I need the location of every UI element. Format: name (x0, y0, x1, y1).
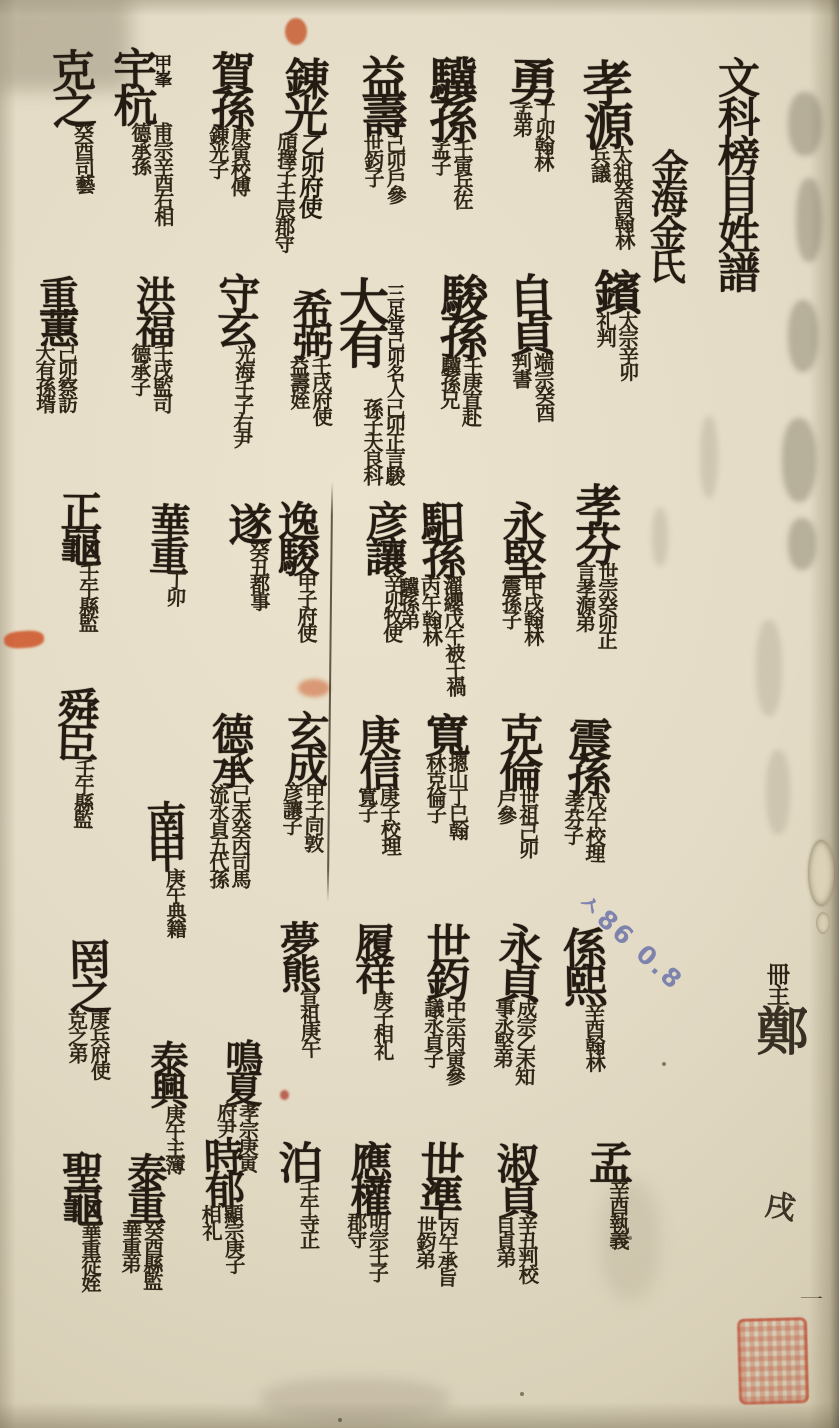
genealogy-entry: 自貞 端宗癸酉判書 (504, 271, 555, 420)
orange-seal-dot (285, 18, 307, 45)
gutter-ownership-note: 冊主鄭 (750, 962, 802, 1050)
entry-annotation: 辛酉執義 (606, 1179, 628, 1247)
entry-name: 孝芬 (571, 482, 618, 560)
entry-annotation-line: 兵議 (588, 146, 611, 249)
entry-annotation: 癸丑都事 (246, 541, 269, 609)
paper-stain (260, 1378, 450, 1420)
genealogy-entry: 德承 己未癸丙司馬流永貞五代孫 (206, 712, 250, 886)
genealogy-entry: 正龜 壬午縣監 (55, 490, 98, 630)
genealogy-entry: 鑌 太宗辛卯礼判 (588, 268, 637, 379)
ink-speck (338, 1418, 342, 1422)
entry-name-row: 係熙 (557, 926, 603, 1001)
entry-name: 大有 (335, 276, 385, 362)
entry-annotation-line: 庚寅校傅 (228, 126, 249, 194)
entry-name: 應權 (346, 1140, 389, 1210)
entry-name: 永貞 (492, 921, 538, 996)
entry-name-row: 鑌 (588, 268, 636, 310)
entry-annotation-line: 德承孫 (129, 122, 150, 224)
entry-name: 玄成 (282, 710, 325, 781)
entry-annotation-line: 甫宗辛酉右相 (151, 122, 172, 224)
genealogy-entry: 孝源 太祖癸酉翰林兵議 (578, 57, 634, 248)
entry-annotation-line: 癸丑都事 (247, 541, 268, 609)
entry-side-note: 三足堂己卯名人 (386, 284, 404, 396)
entry-annotation: 端宗癸酉判書 (508, 351, 554, 420)
entry-annotation-line: 乙卯府使 (294, 132, 322, 252)
entry-annotation: 壬午縣監 (75, 562, 98, 630)
entry-name: 德承 (208, 712, 250, 782)
genealogy-entry: 大有 三足堂己卯名人 己卯正言駿孫子天良科 (335, 276, 404, 483)
red-collection-seal-icon (737, 1317, 809, 1405)
orange-smudge (298, 679, 330, 697)
entry-annotation-line: 摠山丁巳翰 (446, 753, 467, 838)
entry-annotation-line: 世祖己卯 (516, 788, 537, 856)
entry-name: 克倫 (494, 712, 539, 786)
entry-annotation-line: 壬寅兵佐 (451, 139, 471, 207)
entry-name-row: 德承 (208, 712, 250, 782)
entry-annotation-line: 判書 (509, 352, 531, 421)
entry-annotation: 世祖己卯戶參 (493, 788, 538, 856)
entry-side-note: 甲峯 (153, 54, 171, 86)
entry-name-row: 淑貞 (493, 1142, 536, 1213)
entry-name-row: 世準 (414, 1139, 460, 1214)
entry-annotation-line: 己卯察訪 (55, 343, 76, 411)
entry-name-row: 孝芬 (571, 482, 618, 560)
entry-annotation-line: 益壽姪 (287, 356, 308, 424)
genealogy-entry: 希弼 壬戌府使益壽姪 (285, 288, 332, 425)
entry-annotation: 壬戌監司德承子 (127, 343, 172, 411)
entry-annotation-line: 太宗辛卯 (616, 311, 637, 379)
entry-name: 自貞 (504, 271, 552, 350)
entry-annotation-line: 德承子 (128, 343, 149, 411)
entry-annotation-line: 庚午典籍 (163, 868, 184, 936)
entry-name: 舜臣 (52, 685, 96, 756)
entry-annotation-line: 顯宗庚子 (221, 1203, 243, 1272)
genealogy-entry: 益壽 己卯戶參世鈞子 (356, 54, 405, 203)
entry-annotation: 壬寅兵佐孟子 (428, 139, 472, 207)
entry-annotation-line: 林克倫子 (424, 753, 445, 838)
entry-name: 勇 (504, 55, 555, 99)
entry-annotation: 癸酉縣監華重弟 (118, 1220, 163, 1289)
entry-annotation-line: 成宗乙未知 (512, 998, 535, 1084)
entry-annotation: 濯纓戊午被士禍丙午翰林驥孫弟 (395, 575, 465, 696)
genealogy-entry: 逸駿 甲子府使 (274, 500, 316, 640)
entry-annotation-line: 議永貞子 (421, 998, 442, 1083)
entry-name: 洪福 (132, 275, 173, 341)
ink-bleedthrough (788, 92, 822, 156)
entry-name: 孝源 (578, 57, 631, 145)
entry-annotation: 明宗壬子郡守 (343, 1212, 388, 1280)
entry-name: 世鈞 (421, 922, 466, 996)
entry-name: 希弼 (289, 288, 330, 355)
genealogy-entry: 孟 辛酉執義 (584, 1140, 628, 1247)
genealogy-entry: 世準 丙午承旨世鈞弟 (412, 1139, 461, 1284)
worm-hole (808, 840, 834, 906)
entry-annotation-line: 中宗丙寅參 (443, 998, 464, 1083)
entry-name-row: 震孫 (562, 715, 608, 790)
entry-name-row: 泰重 (123, 1152, 164, 1219)
entry-name: 孟 (584, 1140, 628, 1177)
entry-name-row: 孝源 (578, 57, 631, 145)
genealogy-entry: 時郁 顯宗庚子相礼 (196, 1135, 244, 1272)
entry-name-row: 洪福 (132, 275, 173, 341)
entry-annotation: 乙卯府使頎擇子壬辰郡守 (271, 131, 323, 251)
entry-name: 華重 (146, 501, 188, 568)
entry-annotation-line: 孫子天良科 (361, 398, 381, 483)
entry-annotation-line: 壬午縣監 (76, 562, 97, 630)
genealogy-entry: 係熙 辛酉翰林 (557, 926, 604, 1071)
genealogy-entry: 勇 丁卯翰林孟弟 (503, 55, 555, 169)
entry-name: 夢熊 (276, 919, 318, 986)
entry-annotation: 丙午承旨世鈞弟 (412, 1215, 458, 1284)
entry-annotation: 辛酉翰林 (581, 1002, 604, 1070)
entry-annotation-line: 己未癸丙司馬 (229, 784, 249, 886)
entry-annotation-line: 華重弟 (119, 1220, 140, 1288)
entry-annotation-line: 孝芬子 (561, 791, 583, 860)
ink-bleedthrough (766, 750, 790, 834)
entry-name: 克之 (46, 47, 92, 122)
entry-annotation-line: 光海壬子右尹 (230, 344, 253, 447)
entry-annotation-line: 庚子相礼 (371, 990, 392, 1058)
entry-annotation-line: 壬戌監司 (150, 343, 171, 411)
entry-annotation-line: 事永堅弟 (490, 997, 513, 1083)
entry-name: 永堅 (497, 500, 542, 574)
entry-name-row: 錬光 (279, 55, 325, 130)
entry-annotation-line: 辛酉翰林 (582, 1002, 603, 1070)
entry-annotation-line: 甲戌翰林 (521, 576, 542, 644)
ink-speck (520, 1392, 524, 1396)
entry-name-row: 華重 (146, 501, 188, 568)
entry-annotation: 庚子相礼 (370, 990, 393, 1058)
entry-name-row: 應權 (346, 1140, 389, 1210)
genealogy-entry: 應權 明宗壬子郡守 (343, 1140, 388, 1280)
entry-annotation-line: 辛酉執義 (607, 1179, 627, 1247)
entry-annotation: 壬庚直赴驥孫兄 (436, 356, 481, 425)
entry-name-row: 永堅 (497, 500, 542, 574)
page-number: 一 (799, 1288, 823, 1309)
entry-name: 鑌 (588, 268, 636, 310)
entry-annotation-line: 壬庚直赴 (459, 356, 480, 424)
ink-bleedthrough (796, 178, 822, 262)
ink-bleedthrough (788, 518, 816, 570)
entry-annotation-line: 大有孫壻 (33, 343, 54, 411)
entry-annotation: 甲子府使 (294, 572, 316, 640)
entry-name-row: 孟 (584, 1140, 628, 1177)
genealogy-entry: 賀孫 庚寅校傅錬光子 (205, 50, 251, 194)
entry-name: 罔之 (65, 938, 108, 1009)
entry-annotation-line: 壬戌府使 (309, 356, 330, 424)
entry-name-row: 勇 (504, 55, 555, 99)
entry-name-row: 駿孫 (434, 272, 484, 355)
genealogy-entry: 克倫 世祖己卯戶參 (493, 712, 539, 856)
entry-annotation-line: 己卯正言駿 (383, 398, 403, 483)
entry-name-row: 遂 (223, 502, 268, 540)
genealogy-entry: 彦讓 辛卯牧使 (360, 500, 405, 641)
genealogy-entry: 宇杭 甲峯 甫宗辛酉右相德承孫 (108, 46, 173, 225)
ink-bleedthrough (756, 620, 782, 716)
entry-name: 守玄 (213, 271, 257, 342)
entry-name-row: 南甲 (143, 800, 184, 867)
entry-name: 驥孫 (424, 55, 472, 137)
entry-name: 寬 (420, 712, 466, 751)
entry-name: 南甲 (143, 800, 184, 867)
entry-annotation: 太宗辛卯礼判 (593, 311, 638, 379)
entry-annotation-line: 丙午翰林 (418, 576, 442, 696)
genealogy-entry: 淑貞 辛丑判校自貞弟 (491, 1142, 538, 1283)
entry-annotation: 壬戌府使益壽姪 (286, 356, 331, 425)
ink-bleedthrough (700, 416, 718, 498)
entry-name-row: 罔之 (65, 938, 108, 1009)
entry-annotation-line: 世鈞弟 (413, 1215, 435, 1284)
entry-annotation-line: 庚子校理 (377, 785, 399, 854)
entry-name: 履祥 (351, 922, 392, 988)
entry-annotation: 壬午縣監 (70, 758, 94, 827)
genealogy-entry: 克之 癸酉司藝 (46, 47, 95, 192)
genealogy-entry: 震孫 戊午校理孝芬子 (560, 715, 609, 860)
ink-bleedthrough (788, 300, 818, 372)
entry-annotation-line: 相礼 (199, 1204, 221, 1273)
entry-annotation-line: 丁卯 (163, 570, 184, 605)
entry-annotation: 己未癸丙司馬流永貞五代孫 (206, 784, 250, 886)
gutter-owner-name: 鄭 (748, 1004, 805, 1050)
entry-annotation-line: 寬子 (355, 786, 377, 855)
genealogy-entry: 永堅 甲戌翰林震孫子 (497, 500, 543, 644)
genealogy-entry: 聖龜 華重従姪 (58, 1150, 100, 1290)
entry-annotation: 己卯正言駿孫子天良科 (360, 398, 404, 483)
entry-annotation-line: 驥孫兄 (437, 356, 458, 424)
genealogy-entry: 南甲 庚午典籍 (143, 800, 186, 937)
genealogy-entry: 玄成 甲子同敦彦讓子 (279, 710, 326, 851)
entry-name: 泊 (273, 1140, 317, 1177)
entry-annotation-line: 癸酉司藝 (71, 123, 93, 192)
entry-annotation: 中宗丙寅參議永貞子 (420, 998, 465, 1083)
entry-annotation: 壬午寺正 (296, 1179, 319, 1247)
genealogy-entry: 罔之 庚兵府使克之弟 (63, 938, 110, 1079)
genealogy-entry: 寬 摠山丁巳翰林克倫子 (420, 712, 467, 838)
entry-annotation: 甫宗辛酉右相德承孫 (128, 122, 173, 224)
entry-name-row: 重蕙 (35, 275, 76, 341)
entry-annotation: 太祖癸酉翰林兵議 (587, 145, 634, 248)
entry-annotation-line: 己卯戶參 (383, 134, 404, 202)
entry-annotation: 世宗癸卯正言孝源弟 (572, 562, 617, 647)
entry-annotation-line: 孟弟 (510, 101, 531, 169)
entry-name: 泰重 (123, 1152, 164, 1219)
entry-name-row: 舜臣 (52, 685, 96, 756)
entry-name-row: 玄成 (282, 710, 325, 781)
entry-annotation-line: 戊午校理 (583, 792, 605, 861)
entry-annotation: 戊午校理孝芬子 (560, 791, 606, 860)
entry-name: 逸駿 (274, 500, 316, 570)
entry-annotation-line: 華重従姪 (79, 1222, 99, 1290)
clan-subtitle: 金海金氏 (644, 148, 684, 281)
genealogy-entry: 華重 丁卯 (144, 501, 187, 604)
entry-name-row: 聖龜 (58, 1150, 100, 1220)
entry-name-row: 泰興 (146, 1040, 184, 1102)
entry-name-row: 克之 (46, 47, 92, 122)
entry-name: 係熙 (557, 926, 603, 1001)
entry-annotation-line: 宣祖庚午 (297, 987, 319, 1056)
entry-name-row: 庚信 (354, 713, 398, 784)
entry-annotation-line: 錬光子 (206, 126, 227, 194)
genealogy-entry: 驥孫 壬寅兵佐孟子 (424, 55, 472, 207)
entry-name: 宇杭 (108, 46, 153, 120)
genealogy-entry: 駿孫 壬庚直赴驥孫兄 (432, 272, 483, 425)
genealogy-entry: 庚信 庚子校理寬子 (352, 713, 400, 854)
entry-annotation: 光海壬子右尹 (229, 344, 254, 447)
entry-annotation-line: 孟子 (429, 139, 449, 207)
entry-name-row: 逸駿 (274, 500, 316, 570)
entry-annotation-line: 庚兵府使 (87, 1010, 108, 1078)
entry-name: 賀孫 (206, 50, 251, 124)
entry-annotation-line: 丁卯翰林 (532, 101, 553, 169)
entry-name: 馹孫 (415, 499, 461, 574)
entry-annotation: 辛卯牧使 (380, 572, 403, 640)
entry-name: 重蕙 (35, 275, 76, 341)
entry-annotation-line: 郡守 (344, 1212, 365, 1280)
entry-name: 益壽 (356, 54, 404, 133)
entry-annotation-line: 彦讓子 (280, 782, 301, 850)
entry-name: 泰興 (146, 1040, 184, 1102)
entry-annotation-line: 明宗壬子 (366, 1212, 387, 1280)
genealogy-entry: 泰重 癸酉縣監華重弟 (118, 1152, 165, 1289)
entry-name-row: 鳴夏 (220, 1038, 259, 1101)
entry-name-row: 守玄 (213, 271, 257, 342)
entry-name-row: 彦讓 (361, 500, 404, 571)
entry-annotation-line: 流永貞五代孫 (207, 784, 227, 886)
entry-annotation-line: 壬午縣監 (71, 758, 93, 827)
entry-annotation-line: 甲子府使 (295, 572, 315, 640)
entry-annotation-line: 世宗癸卯正 (595, 562, 616, 647)
entry-annotation: 庚子校理寬子 (354, 785, 400, 854)
entry-annotation-line: 太祖癸酉翰林 (610, 145, 633, 248)
entry-annotation: 丁卯翰林孟弟 (509, 101, 554, 170)
entry-name-row: 泊 (273, 1140, 317, 1177)
entry-annotation: 辛丑判校自貞弟 (492, 1214, 537, 1283)
entry-name: 震孫 (562, 715, 608, 790)
genealogy-entry: 履祥 庚子相礼 (351, 922, 392, 1058)
entry-name-row: 永貞 (492, 921, 538, 996)
entry-annotation: 甲戌翰林震孫子 (498, 576, 543, 644)
entry-name-row: 克倫 (494, 712, 539, 786)
entry-name-row: 馹孫 (415, 499, 461, 574)
entry-annotation-line: 世鈞子 (361, 134, 382, 202)
entry-annotation: 己卯察訪大有孫壻 (32, 343, 77, 411)
ink-speck (628, 1236, 632, 1240)
genealogy-entry: 永貞 成宗乙未知事永堅弟 (489, 921, 538, 1083)
entry-annotation: 甲子同敦彦讓子 (279, 782, 324, 851)
entry-name-row: 履祥 (351, 922, 392, 988)
genealogy-entry: 世鈞 中宗丙寅參議永貞子 (420, 922, 466, 1083)
entry-annotation-line: 丙午承旨 (435, 1216, 457, 1285)
ink-speck (662, 1062, 666, 1066)
entry-annotation-line: 礼判 (594, 311, 615, 379)
page-title: 文科榜目姓譜 (714, 56, 756, 290)
entry-annotation: 己卯戶參世鈞子 (360, 134, 405, 203)
entry-annotation: 丁卯 (162, 570, 185, 605)
genealogy-entry: 錬光 乙卯府使頎擇子壬辰郡守 (271, 55, 325, 251)
entry-annotation-line: 癸酉縣監 (141, 1220, 162, 1288)
genealogy-entry: 孝芬 世宗癸卯正言孝源弟 (570, 482, 618, 647)
entry-name: 正龜 (56, 490, 99, 560)
entry-name-row: 宇杭 甲峯 (108, 46, 172, 121)
genealogy-entry: 夢熊 宣祖庚午 (276, 919, 320, 1056)
entry-annotation-line: 言孝源弟 (573, 562, 594, 647)
entry-name: 聖龜 (58, 1150, 100, 1220)
entry-name: 庚信 (354, 713, 398, 784)
ink-bleedthrough (652, 508, 668, 566)
entry-name: 遂 (223, 502, 268, 540)
genealogy-entry: 泊 壬午寺正 (273, 1140, 318, 1247)
entry-annotation: 顯宗庚子相礼 (198, 1203, 244, 1272)
genealogy-entry: 重蕙 己卯察訪大有孫壻 (31, 275, 76, 411)
genealogy-entry: 舜臣 壬午縣監 (50, 685, 96, 826)
entry-name: 鳴夏 (220, 1038, 259, 1101)
genealogy-entry: 洪福 壬戌監司德承子 (127, 275, 172, 411)
entry-annotation-line: 戶參 (494, 788, 515, 856)
entry-annotation-line: 頎擇子壬辰郡守 (272, 131, 296, 251)
entry-name-row: 寬 (420, 712, 466, 751)
entry-name-row: 益壽 (356, 54, 404, 133)
genealogy-entry: 遂 癸丑都事 (223, 502, 269, 610)
entry-annotation-line: 辛丑判校 (515, 1214, 536, 1282)
entry-name: 時郁 (200, 1135, 242, 1202)
entry-name-row: 正龜 (56, 490, 99, 560)
entry-name: 錬光 (279, 55, 325, 130)
entry-name-row: 希弼 (289, 288, 330, 355)
entry-name-row: 賀孫 (206, 50, 251, 124)
entry-annotation: 摠山丁巳翰林克倫子 (423, 753, 468, 838)
entry-name-row: 世鈞 (421, 922, 466, 996)
entry-name-row: 自貞 (504, 271, 552, 350)
entry-annotation-line: 震孫子 (499, 576, 520, 644)
entry-name: 世準 (414, 1139, 460, 1214)
entry-annotation-line: 克之弟 (65, 1010, 86, 1078)
entry-name-row: 驥孫 (424, 55, 472, 137)
entry-annotation-line: 端宗癸酉 (531, 351, 553, 420)
entry-annotation: 宣祖庚午 (296, 987, 320, 1056)
entry-annotation-line: 甲子同敦 (302, 782, 323, 850)
gutter-character: 戌 (763, 1180, 800, 1228)
worm-hole (816, 912, 830, 934)
gutter-owner-label: 冊主 (764, 962, 789, 1004)
entry-name-row: 夢熊 (276, 919, 318, 986)
entry-annotation: 成宗乙未知事永堅弟 (489, 997, 536, 1083)
manuscript-page: 文科榜目姓譜 金海金氏 孝源 太祖癸酉翰林兵議 鑌 太宗辛卯礼判 孝芬 世宗癸卯… (0, 0, 839, 1428)
entry-name-row: 時郁 (200, 1135, 242, 1202)
entry-annotation-line: 辛卯牧使 (381, 572, 402, 640)
orange-edge-mark (3, 630, 44, 650)
entry-annotation-line: 壬午寺正 (297, 1179, 318, 1247)
entry-name: 淑貞 (493, 1142, 536, 1213)
entry-annotation: 庚寅校傅錬光子 (205, 126, 250, 194)
entry-annotation-line: 濯纓戊午被士禍 (440, 575, 464, 695)
entry-annotation-line: 自貞弟 (493, 1214, 514, 1282)
red-ink-dot (280, 1090, 289, 1100)
entry-name: 駿孫 (434, 272, 484, 355)
entry-annotation: 華重従姪 (78, 1222, 100, 1290)
entry-annotation: 庚兵府使克之弟 (64, 1010, 109, 1079)
entry-name-row: 大有 三足堂己卯名人 (335, 276, 404, 396)
entry-annotation: 庚午典籍 (162, 868, 185, 936)
entry-annotation: 癸酉司藝 (70, 123, 94, 192)
genealogy-entry: 守玄 光海壬子右尹 (209, 271, 256, 446)
ink-bleedthrough (782, 418, 816, 502)
entry-name: 彦讓 (361, 500, 404, 571)
